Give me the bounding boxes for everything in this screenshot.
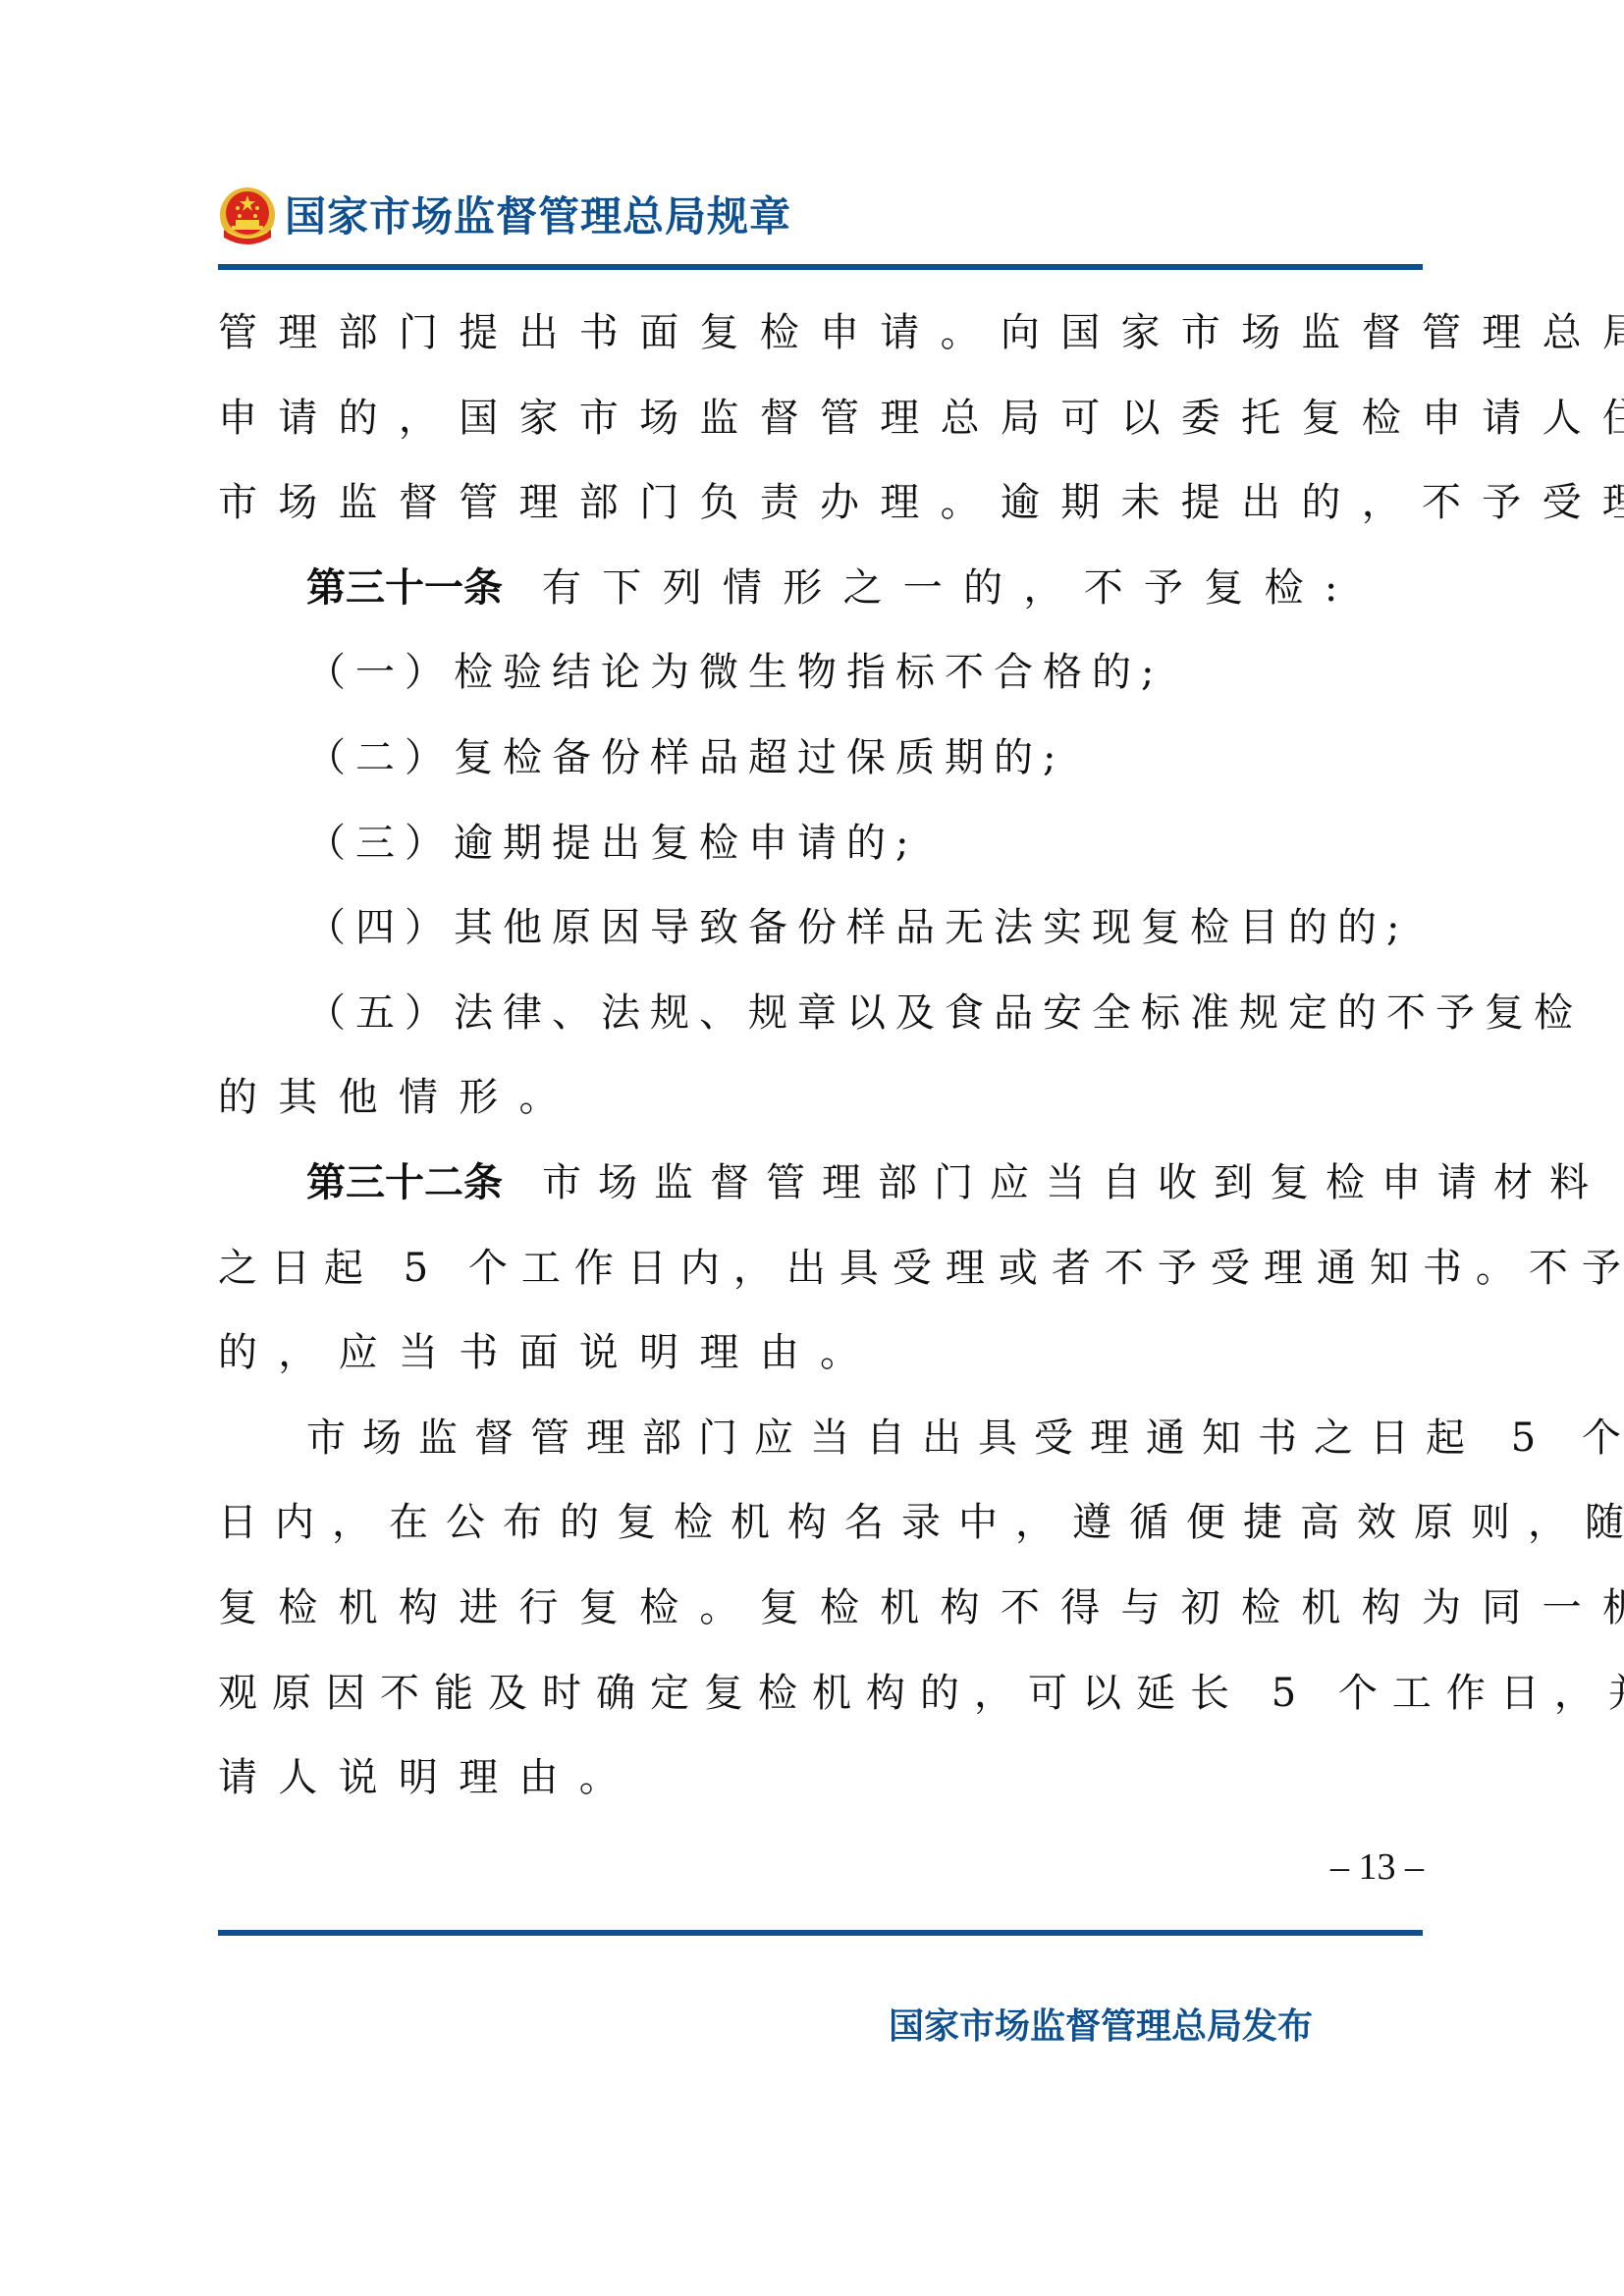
body-line: 复检机构进行复检。复检机构不得与初检机构为同一机构。因客 [218, 1566, 1426, 1651]
document-body: 管理部门提出书面复检申请。向国家市场监督管理总局提出复检 申请的，国家市场监督管… [218, 291, 1426, 1821]
article-heading: 第三十二条 [306, 1160, 503, 1205]
list-item: （一）检验结论为微生物指标不合格的; [218, 630, 1426, 716]
body-line: 市场监督管理部门负责办理。逾期未提出的，不予受理。 [218, 460, 1426, 546]
article-text: 有下列情形之一的，不予复检: [542, 565, 1359, 611]
body-line: 的，应当书面说明理由。 [218, 1310, 1426, 1396]
list-item: （三）逾期提出复检申请的; [218, 801, 1426, 886]
list-item: （四）其他原因导致备份样品无法实现复检目的的; [218, 885, 1426, 971]
page-number: – 13 – [1316, 1845, 1424, 1889]
header-title: 国家市场监督管理总局规章 [285, 196, 791, 238]
list-item: （二）复检备份样品超过保质期的; [218, 716, 1426, 801]
article-32: 第三十二条市场监督管理部门应当自收到复检申请材料 [218, 1141, 1426, 1226]
page-header: 国家市场监督管理总局规章 [218, 185, 791, 249]
body-line: 日内，在公布的复检机构名录中，遵循便捷高效原则，随机确定 [218, 1480, 1426, 1566]
body-line: 管理部门提出书面复检申请。向国家市场监督管理总局提出复检 [218, 291, 1426, 376]
body-line: 之日起 5 个工作日内，出具受理或者不予受理通知书。不予受理 [218, 1226, 1426, 1311]
body-line: 市场监督管理部门应当自出具受理通知书之日起 5 个工作 [218, 1396, 1426, 1481]
national-emblem-icon [218, 187, 277, 247]
body-line: 申请的，国家市场监督管理总局可以委托复检申请人住所地省级 [218, 376, 1426, 461]
footer-publisher: 国家市场监督管理总局发布 [889, 1999, 1313, 2049]
article-heading: 第三十一条 [306, 565, 503, 611]
article-text: 市场监督管理部门应当自收到复检申请材料 [542, 1160, 1605, 1205]
body-line: 观原因不能及时确定复检机构的，可以延长 5 个工作日，并向申 [218, 1651, 1426, 1736]
header-divider [218, 264, 1423, 270]
list-item: （五）法律、法规、规章以及食品安全标准规定的不予复检 [218, 971, 1426, 1056]
footer-divider [218, 1930, 1423, 1936]
article-31: 第三十一条有下列情形之一的，不予复检: [218, 546, 1426, 631]
list-item-continuation: 的其他情形。 [218, 1055, 1426, 1141]
body-line: 请人说明理由。 [218, 1735, 1426, 1821]
